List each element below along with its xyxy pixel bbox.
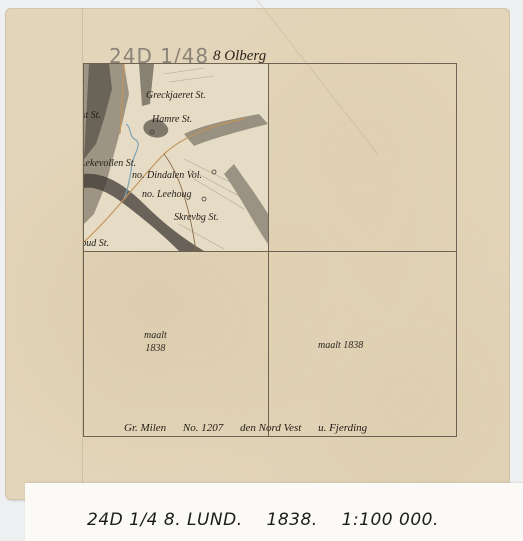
catalog-label-text: 24D 1/4 8. LUND. 1838. 1:100 000. [87,510,457,530]
map-sheet: 24D 1/48 8 Olberg [5,8,510,500]
place-label: Trolhoud St. [84,238,109,249]
place-label: Praest St. [84,110,101,121]
place-label: Hamre St. [152,114,192,125]
background-edge [510,0,523,541]
sheet-footer-caption: Gr. Milen No. 1207 den Nord Vest u. Fjer… [124,422,381,434]
place-label: no. Leehoug [142,189,191,200]
survey-note-bottom-left: maalt 1838 [144,329,167,355]
place-label: no. Dindalen Vol. [132,170,202,181]
map-frame: Greckjaeret St. Praest St. Hamre St. Lek… [83,63,457,437]
place-label: Lekevollen St. [84,158,136,169]
survey-note-bottom-right: maalt 1838 [318,339,363,352]
grid-divider-horizontal [84,251,456,252]
catalog-label: 24D 1/4 8. LUND. 1838. 1:100 000. [25,483,523,541]
grid-divider-vertical [268,64,269,436]
place-label: Greckjaeret St. [146,90,206,101]
map-quadrant-top-left: Greckjaeret St. Praest St. Hamre St. Lek… [84,64,268,251]
place-label: Skrevbg St. [174,212,219,223]
